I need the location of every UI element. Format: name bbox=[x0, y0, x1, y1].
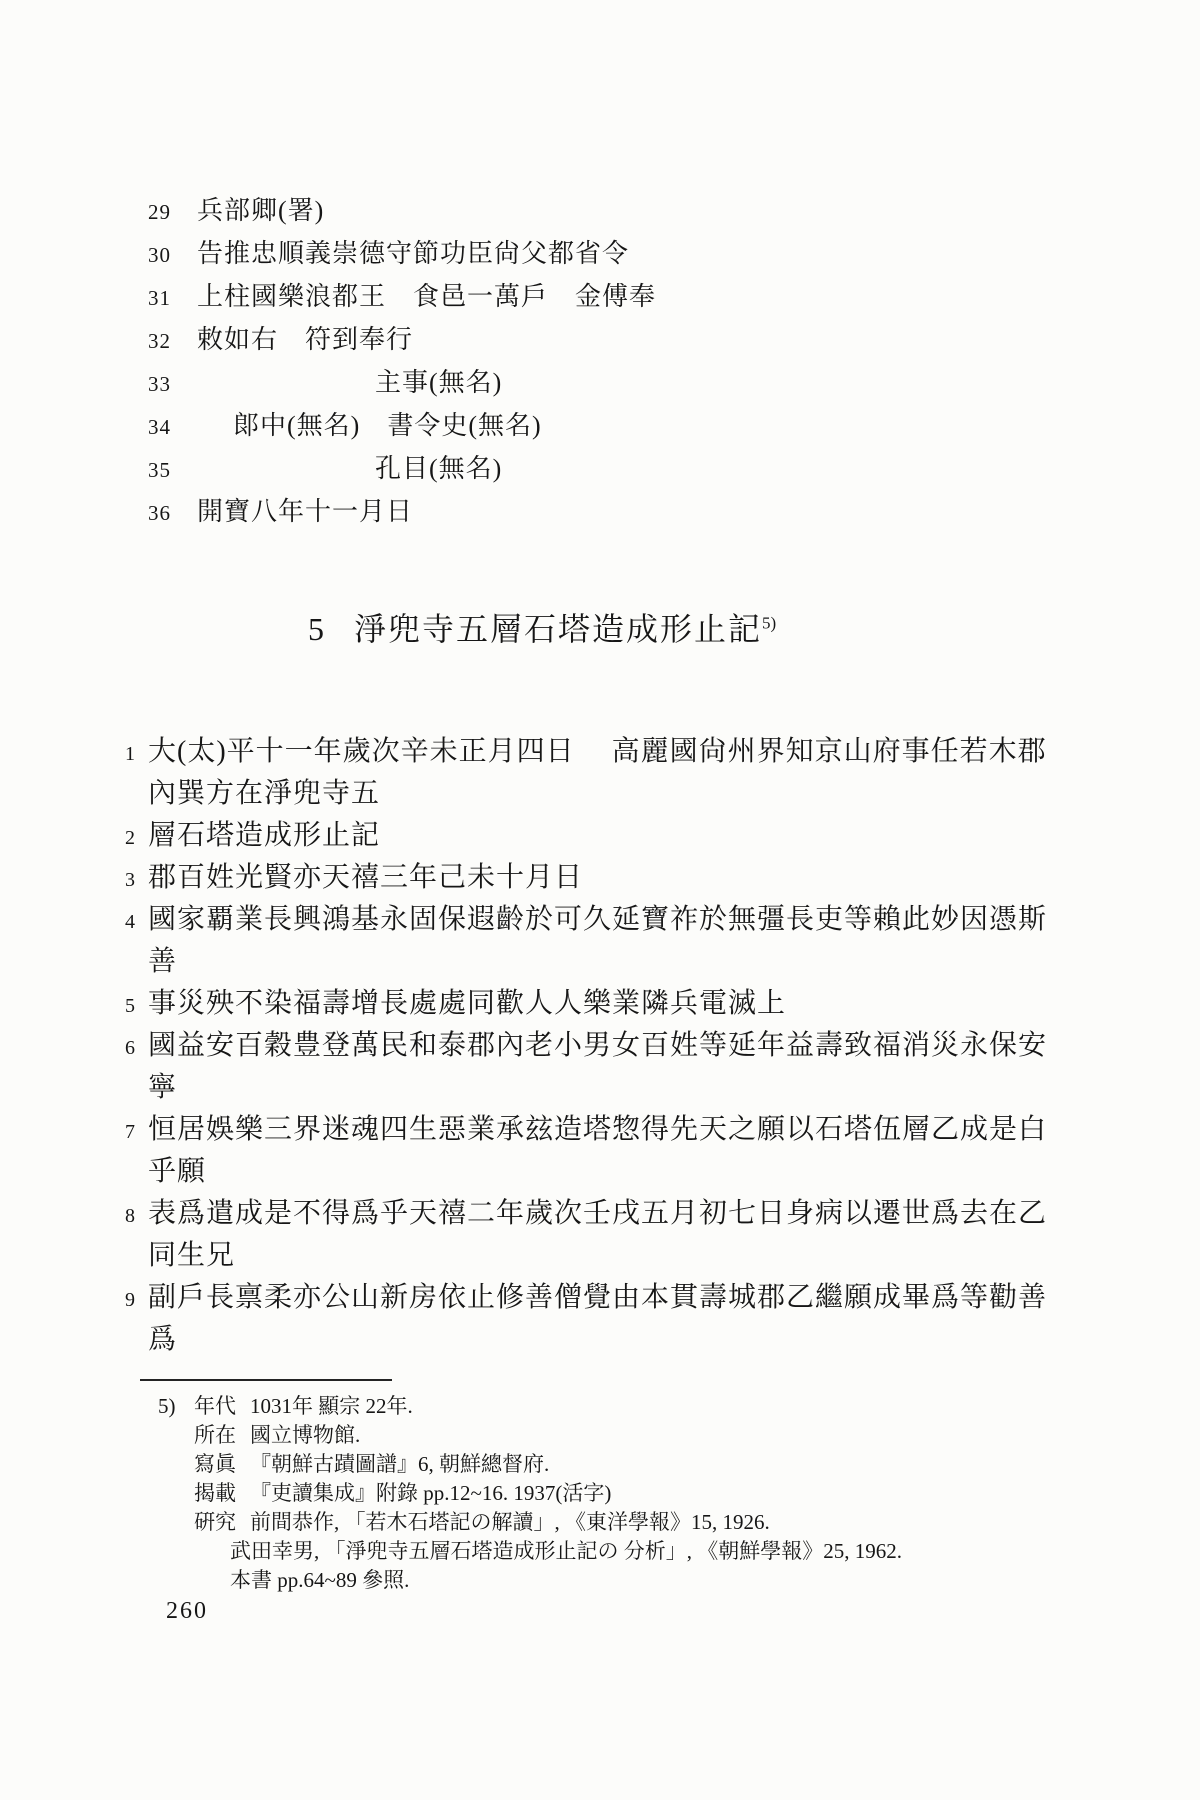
line-text: 同生兄 bbox=[148, 1235, 235, 1277]
footnote-text: 『朝鮮古蹟圖譜』6, 朝鮮總督府. bbox=[250, 1450, 549, 1479]
transcription-line: 6國益安百穀豊登萬民和泰郡內老小男女百姓等延年益壽致福消災永保安 bbox=[125, 1025, 1115, 1067]
page-number: 260 bbox=[166, 1596, 208, 1626]
footnote-text: 『吏讀集成』附錄 pp.12~16. 1937(活字) bbox=[250, 1479, 611, 1508]
footnote-text: 前間恭作, 「若木石塔記の解讀」, 《東洋學報》15, 1926. bbox=[250, 1508, 770, 1537]
transcription-line: 9副戶長禀柔亦公山新房依止修善僧覺由本貫壽城郡乙繼願成畢爲等勸善 bbox=[125, 1277, 1115, 1319]
line-text: 表爲遣成是不得爲乎天禧二年歲次壬戌五月初七日身病以遷世爲去在乙 bbox=[148, 1193, 1047, 1235]
footnote-line: 5)年代1031年 顯宗 22年. bbox=[158, 1392, 1108, 1421]
line-text: 國家覇業長興鴻基永固保遐齡於可久延寶祚於無彊長吏等賴此妙因憑斯 bbox=[148, 899, 1047, 941]
footnote-reference-mark: 5) bbox=[762, 613, 776, 632]
document-page: 29兵部卿(署)30告推忠順義崇德守節功臣尙父都省令31上柱國樂浪都王 食邑一萬… bbox=[0, 0, 1200, 1800]
transcription-line: 31上柱國樂浪都王 食邑一萬戶 金傅奉 bbox=[148, 275, 1108, 318]
transcription-line: 7恒居娛樂三界迷魂四生惡業承玆造塔惣得先天之願以石塔伍層乙成是白 bbox=[125, 1109, 1115, 1151]
footnote-label: 寫眞 bbox=[194, 1450, 236, 1479]
section-number: 5 bbox=[308, 611, 326, 647]
transcription-lines-1-9: 1大(太)平十一年歲次辛未正月四日 高麗國尙州界知京山府事任若木郡內巽方在淨兜寺… bbox=[125, 731, 1115, 1361]
line-text: 爲 bbox=[148, 1319, 177, 1361]
line-number: 3 bbox=[125, 859, 148, 901]
footnote-block: 5)年代1031年 顯宗 22年.所在國立博物館.寫眞『朝鮮古蹟圖譜』6, 朝鮮… bbox=[158, 1392, 1108, 1595]
footnote-label: 年代 bbox=[194, 1392, 236, 1421]
line-text: 國益安百穀豊登萬民和泰郡內老小男女百姓等延年益壽致福消災永保安 bbox=[148, 1025, 1047, 1067]
line-text: 寧 bbox=[148, 1067, 177, 1109]
line-text: 善 bbox=[148, 941, 177, 983]
line-text: 層石塔造成形止記 bbox=[148, 815, 380, 857]
line-number: 1 bbox=[125, 733, 148, 775]
transcription-line-continuation: 同生兄 bbox=[125, 1235, 1115, 1277]
footnote-label: 硏究 bbox=[194, 1508, 236, 1537]
line-text: 副戶長禀柔亦公山新房依止修善僧覺由本貫壽城郡乙繼願成畢爲等勸善 bbox=[148, 1277, 1047, 1319]
line-text: 乎願 bbox=[148, 1151, 206, 1193]
footnote-marker: 5) bbox=[158, 1392, 194, 1421]
transcription-line: 2層石塔造成形止記 bbox=[125, 815, 1115, 857]
line-number: 34 bbox=[148, 406, 197, 449]
transcription-line-continuation: 內巽方在淨兜寺五 bbox=[125, 773, 1115, 815]
line-number: 4 bbox=[125, 901, 148, 943]
line-text: 開寶八年十一月日 bbox=[197, 490, 413, 533]
line-number: 30 bbox=[148, 234, 197, 277]
transcription-line-continuation: 爲 bbox=[125, 1319, 1115, 1361]
line-text: 大(太)平十一年歲次辛未正月四日 高麗國尙州界知京山府事任若木郡 bbox=[148, 731, 1047, 773]
transcription-line: 36開寶八年十一月日 bbox=[148, 490, 1108, 533]
transcription-line: 35孔目(無名) bbox=[148, 447, 1108, 490]
line-text: 上柱國樂浪都王 食邑一萬戶 金傅奉 bbox=[197, 275, 656, 318]
line-text: 孔目(無名) bbox=[197, 447, 502, 490]
transcription-line-continuation: 寧 bbox=[125, 1067, 1115, 1109]
line-number: 31 bbox=[148, 277, 197, 320]
transcription-line: 29兵部卿(署) bbox=[148, 189, 1108, 232]
line-text: 兵部卿(署) bbox=[197, 189, 324, 232]
transcription-line: 3郡百姓光賢亦天禧三年己未十月日 bbox=[125, 857, 1115, 899]
transcription-lines-29-36: 29兵部卿(署)30告推忠順義崇德守節功臣尙父都省令31上柱國樂浪都王 食邑一萬… bbox=[148, 189, 1108, 533]
line-number: 5 bbox=[125, 985, 148, 1027]
transcription-line: 5事災殃不染福壽增長處處同歡人人樂業隣兵電滅上 bbox=[125, 983, 1115, 1025]
footnote-line: 揭載『吏讀集成』附錄 pp.12~16. 1937(活字) bbox=[158, 1479, 1108, 1508]
line-number: 8 bbox=[125, 1195, 148, 1237]
line-number: 29 bbox=[148, 191, 197, 234]
line-number: 7 bbox=[125, 1111, 148, 1153]
transcription-line-continuation: 乎願 bbox=[125, 1151, 1115, 1193]
line-number: 32 bbox=[148, 320, 197, 363]
footnote-line: 寫眞『朝鮮古蹟圖譜』6, 朝鮮總督府. bbox=[158, 1450, 1108, 1479]
line-text: 郡百姓光賢亦天禧三年己未十月日 bbox=[148, 857, 583, 899]
line-text: 郞中(無名) 書令史(無名) bbox=[197, 404, 542, 447]
footnote-text: 武田幸男, 「淨兜寺五層石塔造成形止記の 分析」, 《朝鮮學報》25, 1962… bbox=[230, 1537, 902, 1566]
footnote-text: 國立博物館. bbox=[250, 1421, 360, 1450]
line-number: 6 bbox=[125, 1027, 148, 1069]
footnote-line: 武田幸男, 「淨兜寺五層石塔造成形止記の 分析」, 《朝鮮學報》25, 1962… bbox=[158, 1537, 1108, 1566]
line-number: 36 bbox=[148, 492, 197, 535]
line-number: 2 bbox=[125, 817, 148, 859]
transcription-line: 8表爲遣成是不得爲乎天禧二年歲次壬戌五月初七日身病以遷世爲去在乙 bbox=[125, 1193, 1115, 1235]
section-title: 淨兜寺五層石塔造成形止記 bbox=[354, 611, 762, 647]
footnote-line: 硏究前間恭作, 「若木石塔記の解讀」, 《東洋學報》15, 1926. bbox=[158, 1508, 1108, 1537]
line-text: 敕如右 符到奉行 bbox=[197, 318, 413, 361]
footnote-divider bbox=[140, 1379, 392, 1381]
transcription-line: 4國家覇業長興鴻基永固保遐齡於可久延寶祚於無彊長吏等賴此妙因憑斯 bbox=[125, 899, 1115, 941]
footnote-text: 1031年 顯宗 22年. bbox=[250, 1392, 413, 1421]
line-text: 事災殃不染福壽增長處處同歡人人樂業隣兵電滅上 bbox=[148, 983, 786, 1025]
footnote-label: 揭載 bbox=[194, 1479, 236, 1508]
line-text: 內巽方在淨兜寺五 bbox=[148, 773, 380, 815]
footnote-text: 本書 pp.64~89 參照. bbox=[230, 1566, 409, 1595]
line-text: 主事(無名) bbox=[197, 361, 502, 404]
line-text: 恒居娛樂三界迷魂四生惡業承玆造塔惣得先天之願以石塔伍層乙成是白 bbox=[148, 1109, 1047, 1151]
section-heading: 5淨兜寺五層石塔造成形止記5) bbox=[308, 604, 776, 650]
line-number: 33 bbox=[148, 363, 197, 406]
footnote-line: 所在國立博物館. bbox=[158, 1421, 1108, 1450]
line-number: 35 bbox=[148, 449, 197, 492]
transcription-line-continuation: 善 bbox=[125, 941, 1115, 983]
transcription-line: 33主事(無名) bbox=[148, 361, 1108, 404]
transcription-line: 34郞中(無名) 書令史(無名) bbox=[148, 404, 1108, 447]
line-number: 9 bbox=[125, 1279, 148, 1321]
transcription-line: 30告推忠順義崇德守節功臣尙父都省令 bbox=[148, 232, 1108, 275]
line-text: 告推忠順義崇德守節功臣尙父都省令 bbox=[197, 232, 629, 275]
transcription-line: 1大(太)平十一年歲次辛未正月四日 高麗國尙州界知京山府事任若木郡 bbox=[125, 731, 1115, 773]
footnote-label: 所在 bbox=[194, 1421, 236, 1450]
transcription-line: 32敕如右 符到奉行 bbox=[148, 318, 1108, 361]
footnote-line: 本書 pp.64~89 參照. bbox=[158, 1566, 1108, 1595]
